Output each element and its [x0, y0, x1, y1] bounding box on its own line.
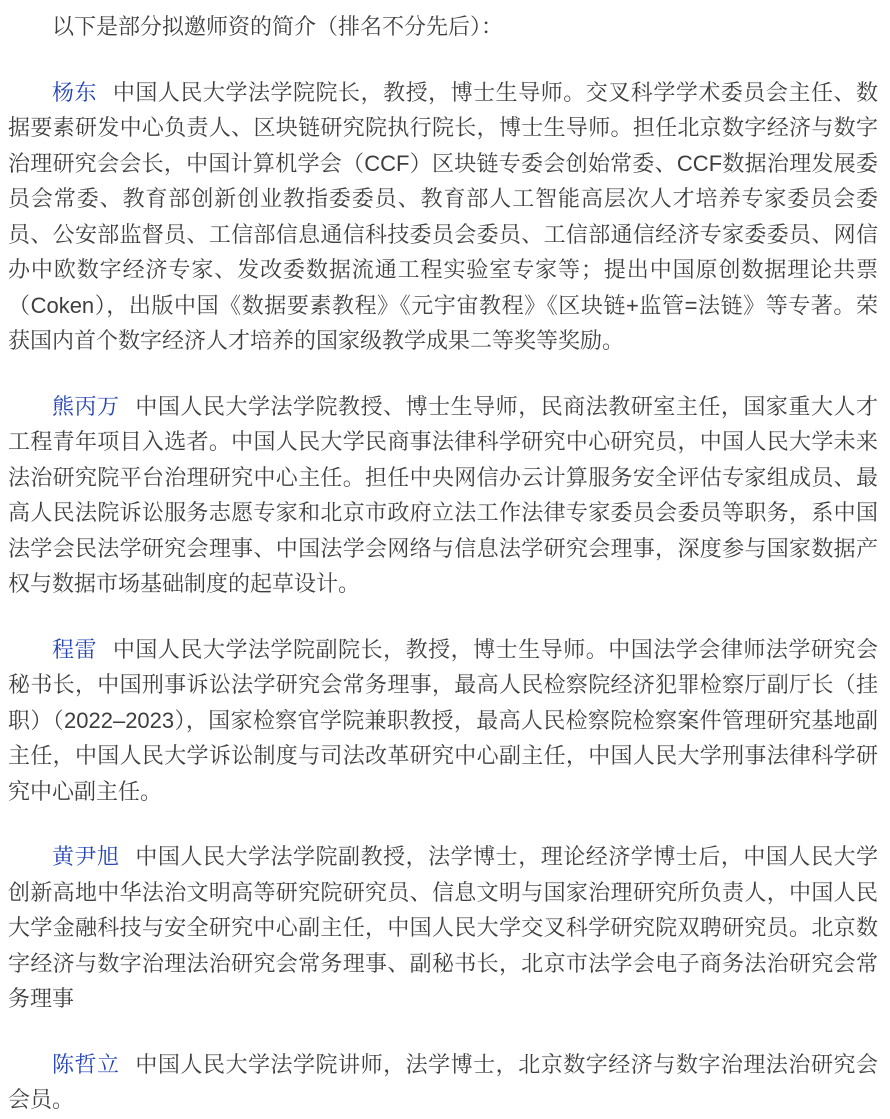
faculty-paragraph: 熊丙万中国人民大学法学院教授、博士生导师，民商法教研室主任，国家重大人才工程青年…	[8, 389, 878, 602]
faculty-name: 陈哲立	[52, 1052, 120, 1077]
faculty-name: 黄尹旭	[52, 844, 120, 869]
intro-text: 以下是部分拟邀师资的简介（排名不分先后）：	[52, 14, 503, 39]
faculty-bio: 中国人民大学法学院教授、博士生导师，民商法教研室主任，国家重大人才工程青年项目入…	[8, 394, 878, 597]
faculty-paragraph: 杨东中国人民大学法学院院长，教授，博士生导师。交叉科学学术委员会主任、数据要素研…	[8, 75, 878, 359]
faculty-intro-document: 以下是部分拟邀师资的简介（排名不分先后）： 杨东中国人民大学法学院院长，教授，博…	[0, 0, 890, 1118]
faculty-name: 程雷	[52, 637, 97, 662]
faculty-paragraph: 程雷中国人民大学法学院副院长，教授，博士生导师。中国法学会律师法学研究会秘书长，…	[8, 632, 878, 810]
faculty-bio: 中国人民大学法学院讲师，法学博士，北京数字经济与数字治理法治研究会会员。	[8, 1052, 878, 1113]
faculty-name: 熊丙万	[52, 394, 120, 419]
faculty-name: 杨东	[52, 80, 97, 105]
intro-line: 以下是部分拟邀师资的简介（排名不分先后）：	[8, 9, 878, 45]
faculty-paragraph: 黄尹旭中国人民大学法学院副教授，法学博士，理论经济学博士后，中国人民大学创新高地…	[8, 839, 878, 1017]
faculty-bio: 中国人民大学法学院副教授，法学博士，理论经济学博士后，中国人民大学创新高地中华法…	[8, 844, 878, 1011]
faculty-bio: 中国人民大学法学院副院长，教授，博士生导师。中国法学会律师法学研究会秘书长，中国…	[8, 637, 878, 804]
faculty-paragraph: 陈哲立中国人民大学法学院讲师，法学博士，北京数字经济与数字治理法治研究会会员。	[8, 1047, 878, 1118]
faculty-bio: 中国人民大学法学院院长，教授，博士生导师。交叉科学学术委员会主任、数据要素研发中…	[8, 80, 878, 354]
